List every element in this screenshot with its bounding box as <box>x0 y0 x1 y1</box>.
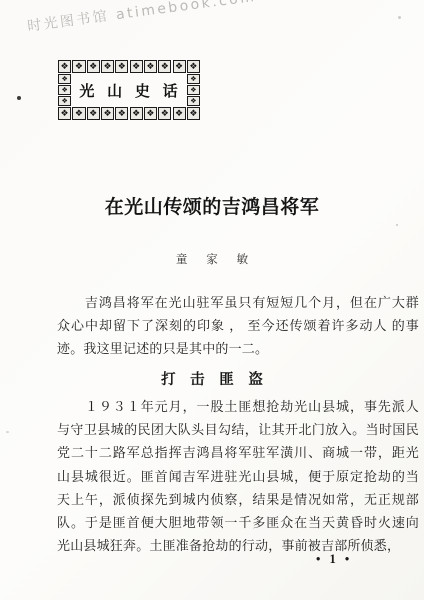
ornament-tile: ❖ <box>130 107 143 120</box>
article-title: 在光山传颂的吉鸿昌将军 <box>0 192 424 219</box>
ornament-tile: ❖ <box>72 60 85 73</box>
ornament-tile: ❖ <box>173 107 186 120</box>
scan-speck <box>396 224 398 226</box>
section-heading: 打 击 匪 盗 <box>0 368 424 389</box>
body-line: 队。于是匪首便大胆地带领一千多匪众在当天黄昏时火速向 <box>57 511 419 534</box>
ornament-tile: ❖ <box>58 96 71 106</box>
scan-speck <box>398 16 401 19</box>
body-line: １９３１年元月，一股土匪想抢劫光山县城，事先派人 <box>57 395 419 418</box>
ornament-tile: ❖ <box>115 107 128 120</box>
body-line: 与守卫县城的民团大队头目勾结，让其开北门放入。当时国民 <box>57 418 419 441</box>
scan-speck <box>6 431 9 433</box>
ornament-tile: ❖ <box>144 107 157 120</box>
watermark-text: 时光图书馆 atimebook.com <box>26 0 257 36</box>
ornament-tile: ❖ <box>187 96 200 106</box>
ornament-tile: ❖ <box>58 74 71 84</box>
ornament-tile: ❖ <box>144 60 157 73</box>
ornament-border-left: ❖❖❖ <box>58 73 71 107</box>
intro-line: 迹。我这里记述的只是其中的一二。 <box>57 337 419 360</box>
ornament-tile: ❖ <box>187 74 200 84</box>
ornament-tile: ❖ <box>101 60 114 73</box>
ornament-tile: ❖ <box>187 60 200 73</box>
body-line: 天上午，派侦探先到城内侦察，结果是情况如常，无正规部 <box>57 488 419 511</box>
ornament-tile: ❖ <box>130 60 143 73</box>
scan-speck <box>17 96 21 100</box>
ornament-tile: ❖ <box>158 107 171 120</box>
ornament-border-top: ❖❖❖❖❖❖❖❖❖❖ <box>58 60 200 73</box>
intro-line: 吉鸿昌将军在光山驻军虽只有短短几个月，但在广大群 <box>57 291 419 314</box>
body-line: 光山县城狂奔。土匪准备抢劫的行动，事前被吉部所侦悉， <box>57 534 419 557</box>
author-name: 童 家 敏 <box>0 251 424 267</box>
series-title-box-middle: ❖❖❖ 光 山 史 话 ❖❖❖ <box>58 73 200 107</box>
body-paragraph: １９３１年元月，一股土匪想抢劫光山县城，事先派人 与守卫县城的民团大队头目勾结，… <box>57 395 419 557</box>
ornament-tile: ❖ <box>87 60 100 73</box>
ornament-tile: ❖ <box>173 60 186 73</box>
page-number: • 1 • <box>316 552 352 567</box>
ornament-border-right: ❖❖❖ <box>187 73 200 107</box>
intro-line: 众心中却留下了深刻的印象 ， 至今还传颂着许多动人 的事 <box>57 314 419 337</box>
ornament-tile: ❖ <box>87 107 100 120</box>
ornament-tile: ❖ <box>115 60 128 73</box>
ornament-tile: ❖ <box>187 107 200 120</box>
ornament-tile: ❖ <box>58 60 71 73</box>
ornament-tile: ❖ <box>58 85 71 95</box>
intro-paragraph: 吉鸿昌将军在光山驻军虽只有短短几个月，但在广大群 众心中却留下了深刻的印象 ， … <box>57 291 419 361</box>
book-page: 时光图书馆 atimebook.com ❖❖❖❖❖❖❖❖❖❖ ❖❖❖ 光 山 史… <box>0 0 424 600</box>
ornament-tile: ❖ <box>72 107 85 120</box>
body-line: 山县城很近。匪首闻吉军进驻光山县城，便于原定抢劫的当 <box>57 465 419 488</box>
ornament-tile: ❖ <box>101 107 114 120</box>
body-line: 党二十二路军总指挥吉鸿昌将军驻军潢川、商城一带，距光 <box>57 441 419 464</box>
ornament-tile: ❖ <box>58 107 71 120</box>
ornament-border-bottom: ❖❖❖❖❖❖❖❖❖❖ <box>58 107 200 120</box>
series-title-box: ❖❖❖❖❖❖❖❖❖❖ ❖❖❖ 光 山 史 话 ❖❖❖ ❖❖❖❖❖❖❖❖❖❖ <box>58 60 200 120</box>
ornament-tile: ❖ <box>158 60 171 73</box>
ornament-tile: ❖ <box>187 85 200 95</box>
series-title: 光 山 史 话 <box>71 73 187 107</box>
